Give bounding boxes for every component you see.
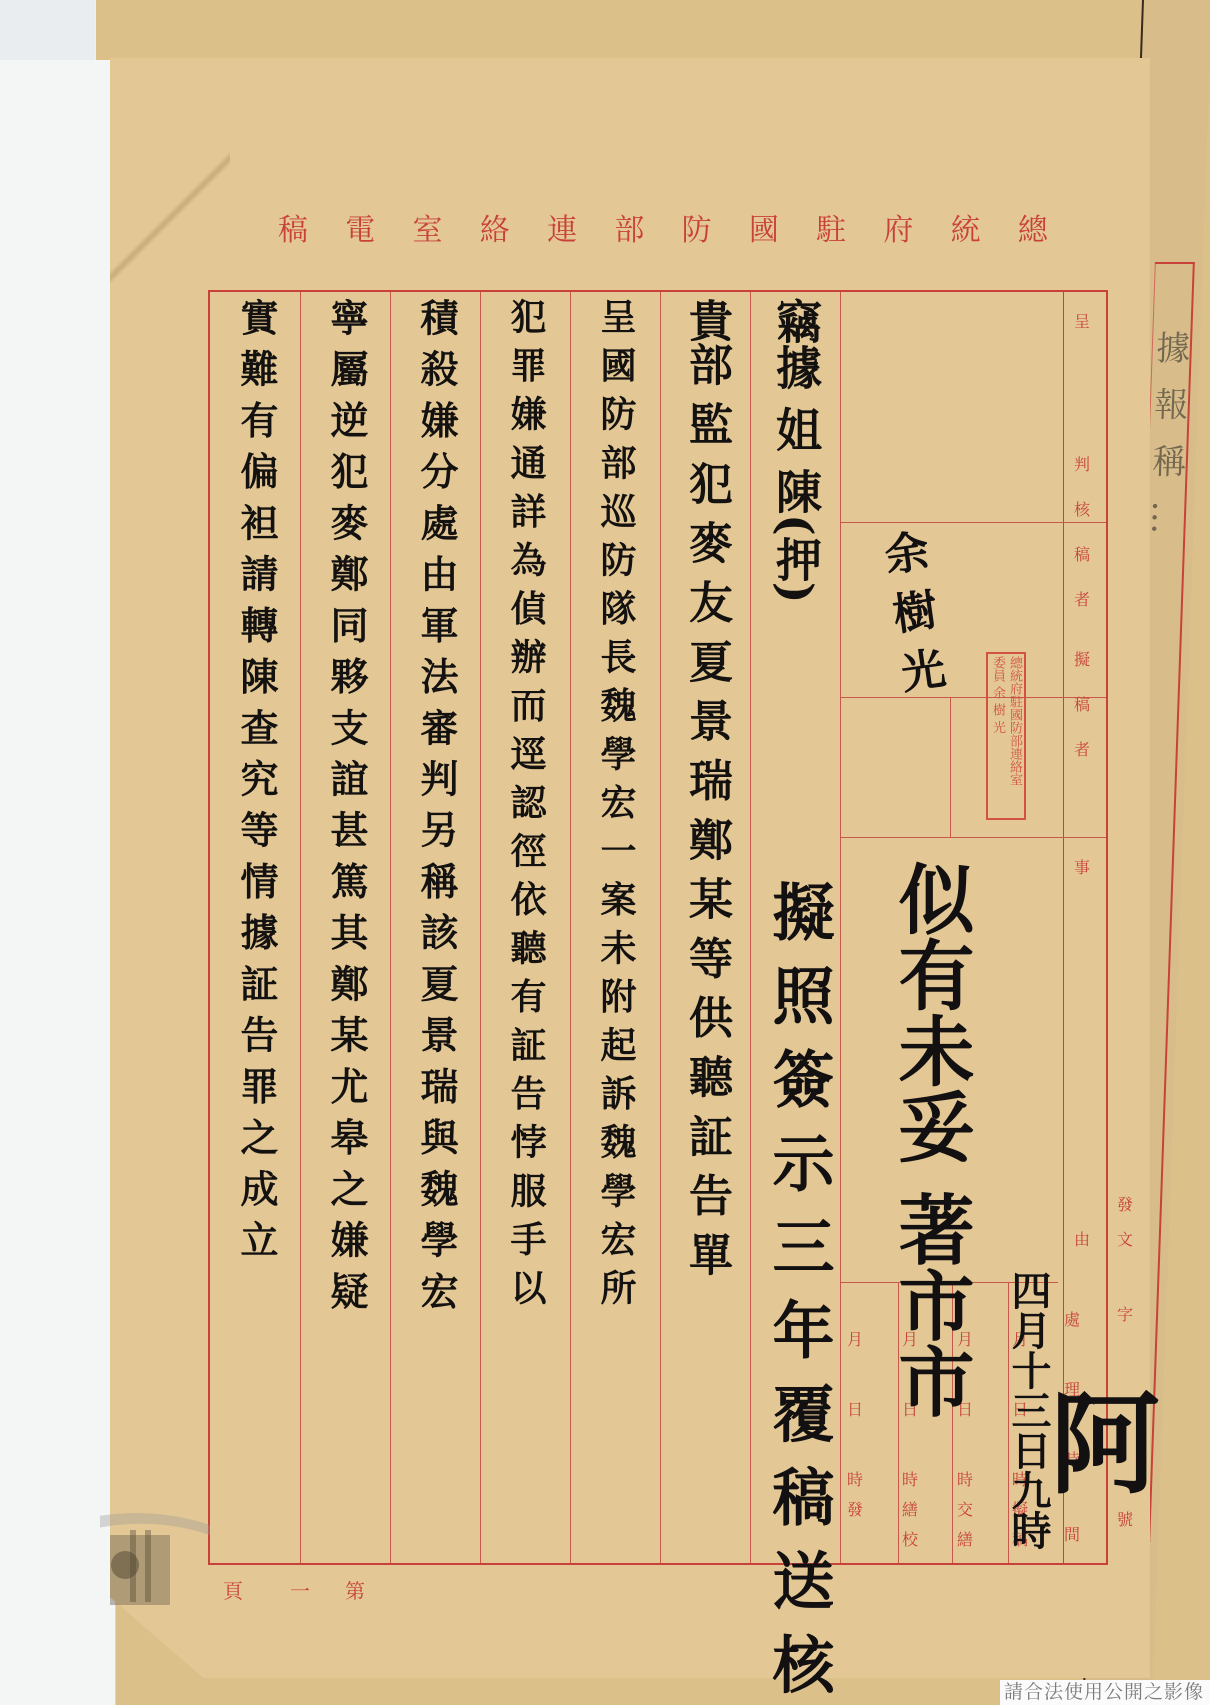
handwritten-line: 貴部 監 犯 麥 友 夏 景 瑞 鄭 某 等 供 聽 証 告 單 <box>677 298 735 1276</box>
page-footer-prefix: 第 <box>345 1575 365 1604</box>
label-column-divider <box>1063 292 1064 1563</box>
column-divider <box>300 292 301 1563</box>
column-divider <box>570 292 571 1563</box>
label-drafter-3: 者 <box>1072 740 1092 760</box>
handwritten-column-4: 犯 罪 嫌 通 詳 為 偵 辦 而 逕 認 徑 依 聽 有 証 告 悖 服 手 … <box>482 298 570 1305</box>
blank-backing-sheet <box>0 60 116 1705</box>
handwritten-column-1: 竊據 姐 陳(押) <box>752 298 840 604</box>
label-submit: 呈 <box>1072 312 1092 332</box>
column-divider <box>660 292 661 1563</box>
handwritten-column-5: 積 殺 嫌 分 處 由 軍 法 審 判 另 稱 該 夏 景 瑞 與 魏 學 宏 <box>392 298 480 1309</box>
label-approve-4: 者 <box>1072 590 1092 610</box>
submit-label-2: 繕 <box>955 1530 975 1550</box>
label-docnum-3: 字 <box>1115 1305 1135 1325</box>
stamp-line-name: 委員 余 樹 光 <box>990 656 1005 816</box>
label-processing-1: 處 <box>1062 1310 1082 1330</box>
letterhead-char: 稿 <box>278 205 308 249</box>
handwritten-line: 呈 國 防 部 巡 防 隊 長 魏 學 宏 一 案 未 附 起 訴 魏 學 宏 … <box>587 298 645 1305</box>
row-rule <box>840 522 1106 523</box>
handwritten-draft-note: 擬 照 簽 示 三 年 覆 稿 送 核 <box>760 880 836 1694</box>
letterhead-char: 府 <box>883 205 913 249</box>
letterhead-char: 絡 <box>480 205 510 249</box>
scanner-background-top <box>0 0 95 60</box>
letterhead-char: 防 <box>682 205 712 249</box>
column-divider <box>390 292 391 1563</box>
handwritten-line: 積 殺 嫌 分 處 由 軍 法 審 判 另 稱 該 夏 景 瑞 與 魏 學 宏 <box>407 298 465 1309</box>
handwritten-approval-note: 似有未妥 著市市 <box>885 860 975 1418</box>
page-footer-suffix: 頁 <box>223 1575 243 1604</box>
label-approve-3: 稿 <box>1072 545 1092 565</box>
handwritten-line: 犯 罪 嫌 通 詳 為 偵 辦 而 逕 認 徑 依 聽 有 証 告 悖 服 手 … <box>497 298 555 1305</box>
letterhead-char: 統 <box>951 205 981 249</box>
copy-label-1: 繕 <box>900 1500 920 1520</box>
label-approve-1: 判 <box>1072 455 1092 475</box>
label-docnum-1: 發 <box>1115 1195 1135 1215</box>
label-approve-2: 核 <box>1072 500 1092 520</box>
handwritten-seal-mark: 阿 <box>1050 1390 1160 1500</box>
label-drafter-1: 擬 <box>1072 650 1092 670</box>
letterhead-char: 室 <box>413 205 443 249</box>
label-docnum-4: 號 <box>1115 1510 1135 1530</box>
label-subject: 事 <box>1072 858 1092 878</box>
label-drafter-2: 稿 <box>1072 695 1092 715</box>
submit-label-1: 交 <box>955 1500 975 1520</box>
handwritten-date: 四月十三日九時 <box>1005 1270 1051 1550</box>
archive-books-logo-icon <box>100 1500 210 1610</box>
letterhead-char: 總 <box>1018 205 1048 249</box>
send-hour-label: 時 <box>845 1470 865 1490</box>
handwritten-column-3: 呈 國 防 部 巡 防 隊 長 魏 學 宏 一 案 未 附 起 訴 魏 學 宏 … <box>572 298 660 1305</box>
stamp-line-office: 總統府駐國防部連絡室 <box>1007 656 1022 816</box>
handwritten-line: 寧 屬 逆 犯 麥 鄭 同 夥 支 誼 甚 篤 其 鄭 某 尤 皋 之 嫌 疑 <box>317 298 375 1309</box>
letterhead-char: 部 <box>614 205 644 249</box>
handwritten-line: 竊據 姐 陳(押) <box>767 298 825 604</box>
letterhead-char: 駐 <box>816 205 846 249</box>
send-day-label: 日 <box>845 1400 865 1420</box>
letterhead-char: 連 <box>547 205 577 249</box>
label-docnum-2: 文 <box>1115 1230 1135 1250</box>
letterhead-title: 總 統 府 駐 國 防 部 連 絡 室 電 稿 <box>278 205 1048 249</box>
office-seal-stamp: 總統府駐國防部連絡室 委員 余 樹 光 <box>986 652 1026 820</box>
letterhead-char: 國 <box>749 205 779 249</box>
letterhead-char: 電 <box>345 205 375 249</box>
handwritten-line: 實 難 有 偏 袒 請 轉 陳 查 究 等 情 據 証 告 罪 之 成 立 <box>227 298 285 1258</box>
label-processing-4: 間 <box>1062 1525 1082 1545</box>
handwritten-column-2: 貴部 監 犯 麥 友 夏 景 瑞 鄭 某 等 供 聽 証 告 單 <box>662 298 750 1276</box>
row-rule <box>840 697 1106 698</box>
usage-watermark: 請合法使用公開之影像 <box>1000 1680 1210 1705</box>
row-rule <box>840 837 1106 838</box>
column-divider <box>750 292 751 1563</box>
page-footer-number: 一 <box>290 1575 310 1604</box>
column-divider <box>840 292 841 1563</box>
copy-hour-label: 時 <box>900 1470 920 1490</box>
copy-label-2: 校 <box>900 1530 920 1550</box>
drafter-divider <box>950 697 951 837</box>
send-month-label: 月 <box>845 1330 865 1350</box>
column-divider <box>480 292 481 1563</box>
label-reason: 由 <box>1072 1230 1092 1250</box>
submit-hour-label: 時 <box>955 1470 975 1490</box>
handwritten-column-6: 寧 屬 逆 犯 麥 鄭 同 夥 支 誼 甚 篤 其 鄭 某 尤 皋 之 嫌 疑 <box>302 298 390 1309</box>
handwritten-column-7: 實 難 有 偏 袒 請 轉 陳 查 究 等 情 據 証 告 罪 之 成 立 <box>212 298 300 1258</box>
send-label-1: 發 <box>845 1500 865 1520</box>
